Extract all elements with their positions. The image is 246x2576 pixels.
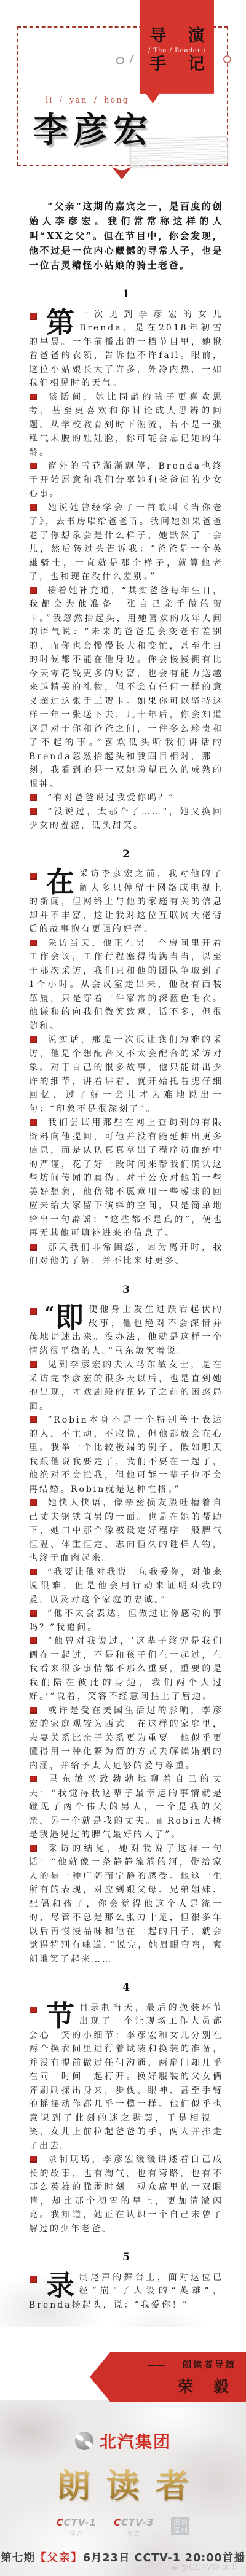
article-content: “父亲”这期的嘉宾之一，是百度的创始人李彦宏。我们常常称这样的人叫“XX之父”。… — [29, 177, 223, 2312]
paragraph: 或许是受在美国生活过的影响，李彦宏的家庭观较为西式。在这样的家庭里，夫妻关系比亲… — [29, 1704, 223, 1773]
intro-paragraph: “父亲”这期的嘉宾之一，是百度的创始人李彦宏。我们常常称这样的人叫“XX之父”。… — [29, 199, 223, 273]
paragraph-text: 说实话，那是一次很让我们为难的采访，他是个想配合又不太会配合的采访对象。对于自己… — [29, 1035, 223, 1114]
cctv3-sub: 综艺 — [114, 2529, 154, 2537]
paragraph: 窗外的雪花渐渐飘停，Brenda也终于开始愿意和我们分享她和爸爸间的少女心事。 — [29, 459, 223, 501]
red-square-bullet — [30, 2007, 37, 2013]
paragraph: “有对爸爸说过我爱你吗？” — [29, 791, 223, 805]
dropcap-letter: 第 — [46, 310, 74, 335]
signature-banner: ——朗读者导演 荣 毅 — [90, 2352, 246, 2402]
paragraph-text: 见到李彦宏的夫人马东敏女士，是在采访完李彦宏的很多天以后，也是直到她的出现，才戏… — [29, 1360, 223, 1411]
signature-role: ——朗读者导演 — [90, 2358, 236, 2371]
red-square-bullet — [30, 1845, 37, 1852]
section-paragraphs: 采访当天，他正在另一个房间里开着工作会议，工作行程塞得满满当当，以至于那次采访，… — [29, 937, 223, 1268]
brand-name: 北汽集团 — [100, 2429, 171, 2453]
red-square-bullet — [30, 873, 37, 880]
signature-dash: —— — [148, 2360, 165, 2370]
circle-deco-icon — [116, 57, 124, 64]
dropcap-letter: 节 — [46, 2003, 74, 2029]
cctv-creative-seal-icon: 创央 造视 — [171, 2517, 189, 2535]
tab-title-bottom: 手 记 — [140, 55, 214, 74]
red-square-bullet — [30, 808, 37, 815]
cctv1-name: CCTV-1 — [57, 2517, 97, 2528]
baic-logo-icon — [75, 2432, 93, 2450]
paragraph: 我们尝试用那些在网上查询到的有限资料向他提问，可他并没有能延伸出更多信息，而是认… — [29, 1116, 223, 1241]
paragraph-text: “我要让他对我说一句我爱你，对他来说很难，但是他会用行动来证明对我的爱，以及对这… — [29, 1567, 223, 1605]
cctv1-sub: 综合 — [57, 2529, 97, 2537]
paragraph: 她说她曾经学会了一首歌叫《当你老了》，去书房唱给爸爸听。我问她如果爸爸老了你想象… — [29, 501, 223, 584]
article-section: 1 第 一次见到李彦宏的女儿Brenda，是在2018年初雪的早晨。一年前播出的… — [29, 287, 223, 833]
article-section: 4 节 目录制当天，最后的换装环节出现了一个让现场工作人员都会心一笑的小细节：李… — [29, 1981, 223, 2236]
paragraph-text: 她说她曾经学会了一首歌叫《当你老了》，去书房唱给爸爸听。我问她如果爸爸老了你想象… — [29, 503, 223, 582]
paragraph: “我要让他对我说一句我爱你，对他来说很难，但是他会用行动来证明对我的爱，以及对这… — [29, 1566, 223, 1607]
section-number: 3 — [29, 1283, 223, 1297]
paragraph-text: “有对爸爸说过我爱你吗？” — [47, 793, 175, 803]
red-square-bullet — [30, 1244, 37, 1251]
dropcap-block: 第 — [29, 310, 74, 335]
red-square-bullet — [30, 504, 37, 511]
section-lead-paragraph: 在 采访李彦宏之前，我对他的了解大多只停留于网络或电视上的新闻，但网络上与他的家… — [29, 867, 223, 937]
paragraph: 接着她补充道，“其实爸爸每年生日，我都会为他准备一张自己亲手做的贺卡。”我忽然抬… — [29, 584, 223, 792]
watermark: ◉@CCTV朗读者 — [172, 2561, 239, 2572]
paragraph-text: “没说过，太那个了……”，她又换回少女的羞涩，低头甜笑。 — [29, 807, 223, 831]
article-section: 2 在 采访李彦宏之前，我对他的了解大多只停留于网络或电视上的新闻，但网络上与他… — [29, 848, 223, 1268]
paragraph: “没说过，太那个了……”，她又换回少女的羞涩，低头甜笑。 — [29, 805, 223, 833]
seal-row: 创央 — [172, 2518, 189, 2526]
footer-mask — [0, 2327, 246, 2352]
paragraph: 见到李彦宏的夫人马东敏女士，是在采访完李彦宏的很多天以后，也是直到她的出现，才戏… — [29, 1358, 223, 1413]
red-square-bullet — [30, 2156, 37, 2163]
section-number: 1 — [29, 287, 223, 302]
red-square-bullet — [30, 1308, 37, 1315]
paragraph: 谈话间，她比同龄的孩子更喜欢思考，甚至更喜欢和你讨论成人思辨的问题。从学校教育到… — [29, 391, 223, 460]
paragraph: “他不太会表达，但做过让你感动的事吗？”我追问。 — [29, 1607, 223, 1634]
seal-row: 造视 — [172, 2526, 189, 2534]
section-number: 4 — [29, 1981, 223, 1995]
section-lead-paragraph: “ 即 便他身上发生过跌宕起伏的故事，他也绝对不会深情并茂地讲述出来。没办法，他… — [29, 1303, 223, 1358]
sections: 1 第 一次见到李彦宏的女儿Brenda，是在2018年初雪的早晨。一年前播出的… — [29, 287, 223, 2312]
article-section: 5 录 制尾声的舞台上，面对这位已经“崩”了人设的“英雄”，Brenda扬起头，… — [29, 2250, 223, 2312]
red-square-bullet — [30, 1119, 37, 1126]
red-square-bullet — [30, 313, 37, 320]
paragraph-text: “他曾对我说过，‘这辈子终究是我们俩在一起过，不是和孩子们在一起过，在我看来很多… — [29, 1636, 223, 1701]
circle-deco-icon — [223, 55, 231, 63]
section-paragraphs: 见到李彦宏的夫人马东敏女士，是在采访完李彦宏的很多天以后，也是直到她的出现，才戏… — [29, 1358, 223, 1966]
signature-role-text: 朗读者导演 — [183, 2360, 237, 2370]
red-square-bullet — [30, 1610, 37, 1617]
cctv1-logo: CCTV-1 综合 — [57, 2517, 97, 2537]
paragraph: 说实话，那是一次很让我们为难的采访，他是个想配合又不太会配合的采访对象。对于自己… — [29, 1033, 223, 1116]
red-square-bullet — [30, 1637, 37, 1644]
dropcap-block: 在 — [29, 869, 74, 895]
paragraph-text: 或许是受在美国生活过的影响，李彦宏的家庭观较为西式。在这样的家庭里，夫妻关系比亲… — [29, 1706, 223, 1771]
channel-logos: CCTV-1 综合 CCTV-3 综艺 创央 造视 — [0, 2517, 246, 2537]
paragraph: 她快人快语，像亲密损友般吐槽着自己丈夫钢铁直男的一面。也是在她的帮助下，她口中那… — [29, 1496, 223, 1566]
paragraph-text: 那天我们非常困惑，因为离开时，我们对他的了解，并不比来时更多。 — [29, 1243, 223, 1267]
red-square-bullet — [30, 394, 37, 400]
section-number: 2 — [29, 848, 223, 862]
red-square-bullet — [30, 1361, 37, 1368]
signature-name: 荣 毅 — [90, 2375, 236, 2397]
paragraph: 采访当天，他正在另一个房间里开着工作会议，工作行程塞得满满当当，以至于那次采访，… — [29, 937, 223, 1034]
red-square-bullet — [30, 1776, 37, 1782]
show-title: 朗读者 — [0, 2460, 246, 2507]
section-number: 5 — [29, 2250, 223, 2265]
red-bookmark-tab: 导 演 / The / Reader / 手 记 — [140, 0, 214, 103]
tab-subtitle: / The / Reader / — [140, 47, 214, 54]
red-square-bullet — [30, 1416, 37, 1423]
show-poster: 北汽集团 朗读者 CCTV-1 综合 CCTV-3 综艺 创央 造视 第七期【父… — [0, 2400, 246, 2576]
paragraph: 那天我们非常困惑，因为离开时，我们对他的了解，并不比来时更多。 — [29, 1241, 223, 1268]
paragraph-text: 窗外的雪花渐渐飘停，Brenda也终于开始愿意和我们分享她和爸爸间的少女心事。 — [29, 461, 223, 499]
page-title: 李彦宏 — [33, 103, 153, 152]
section-lead-paragraph: 录 制尾声的舞台上，面对这位已经“崩”了人设的“英雄”，Brenda扬起头，说：… — [29, 2271, 223, 2313]
dropcap-letter: 在 — [46, 869, 74, 895]
section-paragraphs: 谈话间，她比同龄的孩子更喜欢思考，甚至更喜欢和你讨论成人思辨的问题。从学校教育到… — [29, 391, 223, 833]
paragraph: 采访的结尾，她对我说了这样一句话：“他就像一条静静流淌的河，带给家人的是一种广阔… — [29, 1842, 223, 1967]
paragraph-text: 录制现场，李彦宏缓缓讲述着自己成长的故事，也有淘气，也有弯路，也有不那么英雄的脆… — [29, 2155, 223, 2234]
paragraph: 马东敏兴致勃勃地聊着自己的丈夫：“我觉得我这辈子最幸运的事情就是碰见了两个伟大的… — [29, 1773, 223, 1842]
red-square-bullet — [30, 587, 37, 594]
cctv3-name: CCTV-3 — [114, 2517, 154, 2528]
cctv3-logo: CCTV-3 综艺 — [114, 2517, 154, 2537]
paragraph-text: “他不太会表达，但做过让你感动的事吗？”我追问。 — [29, 1609, 223, 1633]
red-square-bullet — [30, 1569, 37, 1575]
section-lead-paragraph: 节 目录制当天，最后的换装环节出现了一个让现场工作人员都会心一笑的小细节：李彦宏… — [29, 2001, 223, 2153]
red-square-bullet — [30, 940, 37, 946]
paragraph: “他曾对我说过，‘这辈子终究是我们俩在一起过，不是和孩子们在一起过，在我看来很多… — [29, 1634, 223, 1704]
red-square-bullet — [30, 1036, 37, 1043]
dropcap-quote: “ — [45, 1305, 54, 1322]
paragraph-text: 马东敏兴致勃勃地聊着自己的丈夫：“我觉得我这辈子最幸运的事情就是碰见了两个伟大的… — [29, 1774, 223, 1840]
paragraph-text: 她快人快语，像亲密损友般吐槽着自己丈夫钢铁直男的一面。也是在她的帮助下，她口中那… — [29, 1498, 223, 1563]
section-paragraphs: 录制现场，李彦宏缓缓讲述着自己成长的故事，也有淘气，也有弯路，也有不那么英雄的脆… — [29, 2153, 223, 2236]
episode-number: 第七期 — [1, 2552, 35, 2564]
weibo-icon: ◉ — [172, 2564, 178, 2572]
red-square-bullet — [30, 1499, 37, 1506]
dropcap-letter: 即 — [55, 1305, 84, 1330]
article-section: 3 “ 即 便他身上发生过跌宕起伏的故事，他也绝对不会深情并茂地讲述出来。没办法… — [29, 1283, 223, 1967]
tab-title-top: 导 演 — [140, 27, 214, 45]
paragraph: “Robin本身不是一个特别善于表达的人，不主动，不取悦，但他都放会在心里。我举… — [29, 1413, 223, 1496]
paragraph-text: “Robin本身不是一个特别善于表达的人，不主动，不取悦，但他都放会在心里。我举… — [29, 1415, 223, 1494]
paragraph: 录制现场，李彦宏缓缓讲述着自己成长的故事，也有淘气，也有弯路，也有不那么英雄的脆… — [29, 2153, 223, 2236]
paragraph-text: 采访的结尾，她对我说了这样一句话：“他就像一条静静流淌的河，带给家人的是一种广阔… — [29, 1844, 223, 1964]
paragraph-text: 采访当天，他正在另一个房间里开着工作会议，工作行程塞得满满当当，以至于那次采访，… — [29, 939, 223, 1031]
red-square-bullet — [30, 794, 37, 801]
page: 导 演 / The / Reader / 手 记 li / yan / hong… — [0, 0, 246, 2576]
paragraph-text: 我们尝试用那些在网上查询到的有限资料向他提问，可他并没有能延伸出更多信息，而是认… — [29, 1118, 223, 1238]
episode-title: 【父亲】 — [35, 2552, 83, 2564]
watermark-text: @CCTV朗读者 — [180, 2563, 239, 2572]
dropcap-letter: 录 — [46, 2273, 74, 2298]
dropcap-block: “ 即 — [29, 1305, 84, 1330]
red-square-bullet — [30, 463, 37, 469]
paragraph-text: 接着她补充道，“其实爸爸每年生日，我都会为他准备一张自己亲手做的贺卡。”我忽然抬… — [29, 586, 223, 789]
brand-row: 北汽集团 — [0, 2429, 246, 2453]
dropcap-block: 录 — [29, 2273, 74, 2298]
paragraph-text: 谈话间，她比同龄的孩子更喜欢思考，甚至更喜欢和你讨论成人思辨的问题。从学校教育到… — [29, 392, 223, 458]
dropcap-block: 节 — [29, 2003, 74, 2029]
section-lead-paragraph: 第 一次见到李彦宏的女儿Brenda，是在2018年初雪的早晨。一年前播出的一档… — [29, 308, 223, 391]
red-square-bullet — [30, 2276, 37, 2283]
red-square-bullet — [30, 1707, 37, 1714]
